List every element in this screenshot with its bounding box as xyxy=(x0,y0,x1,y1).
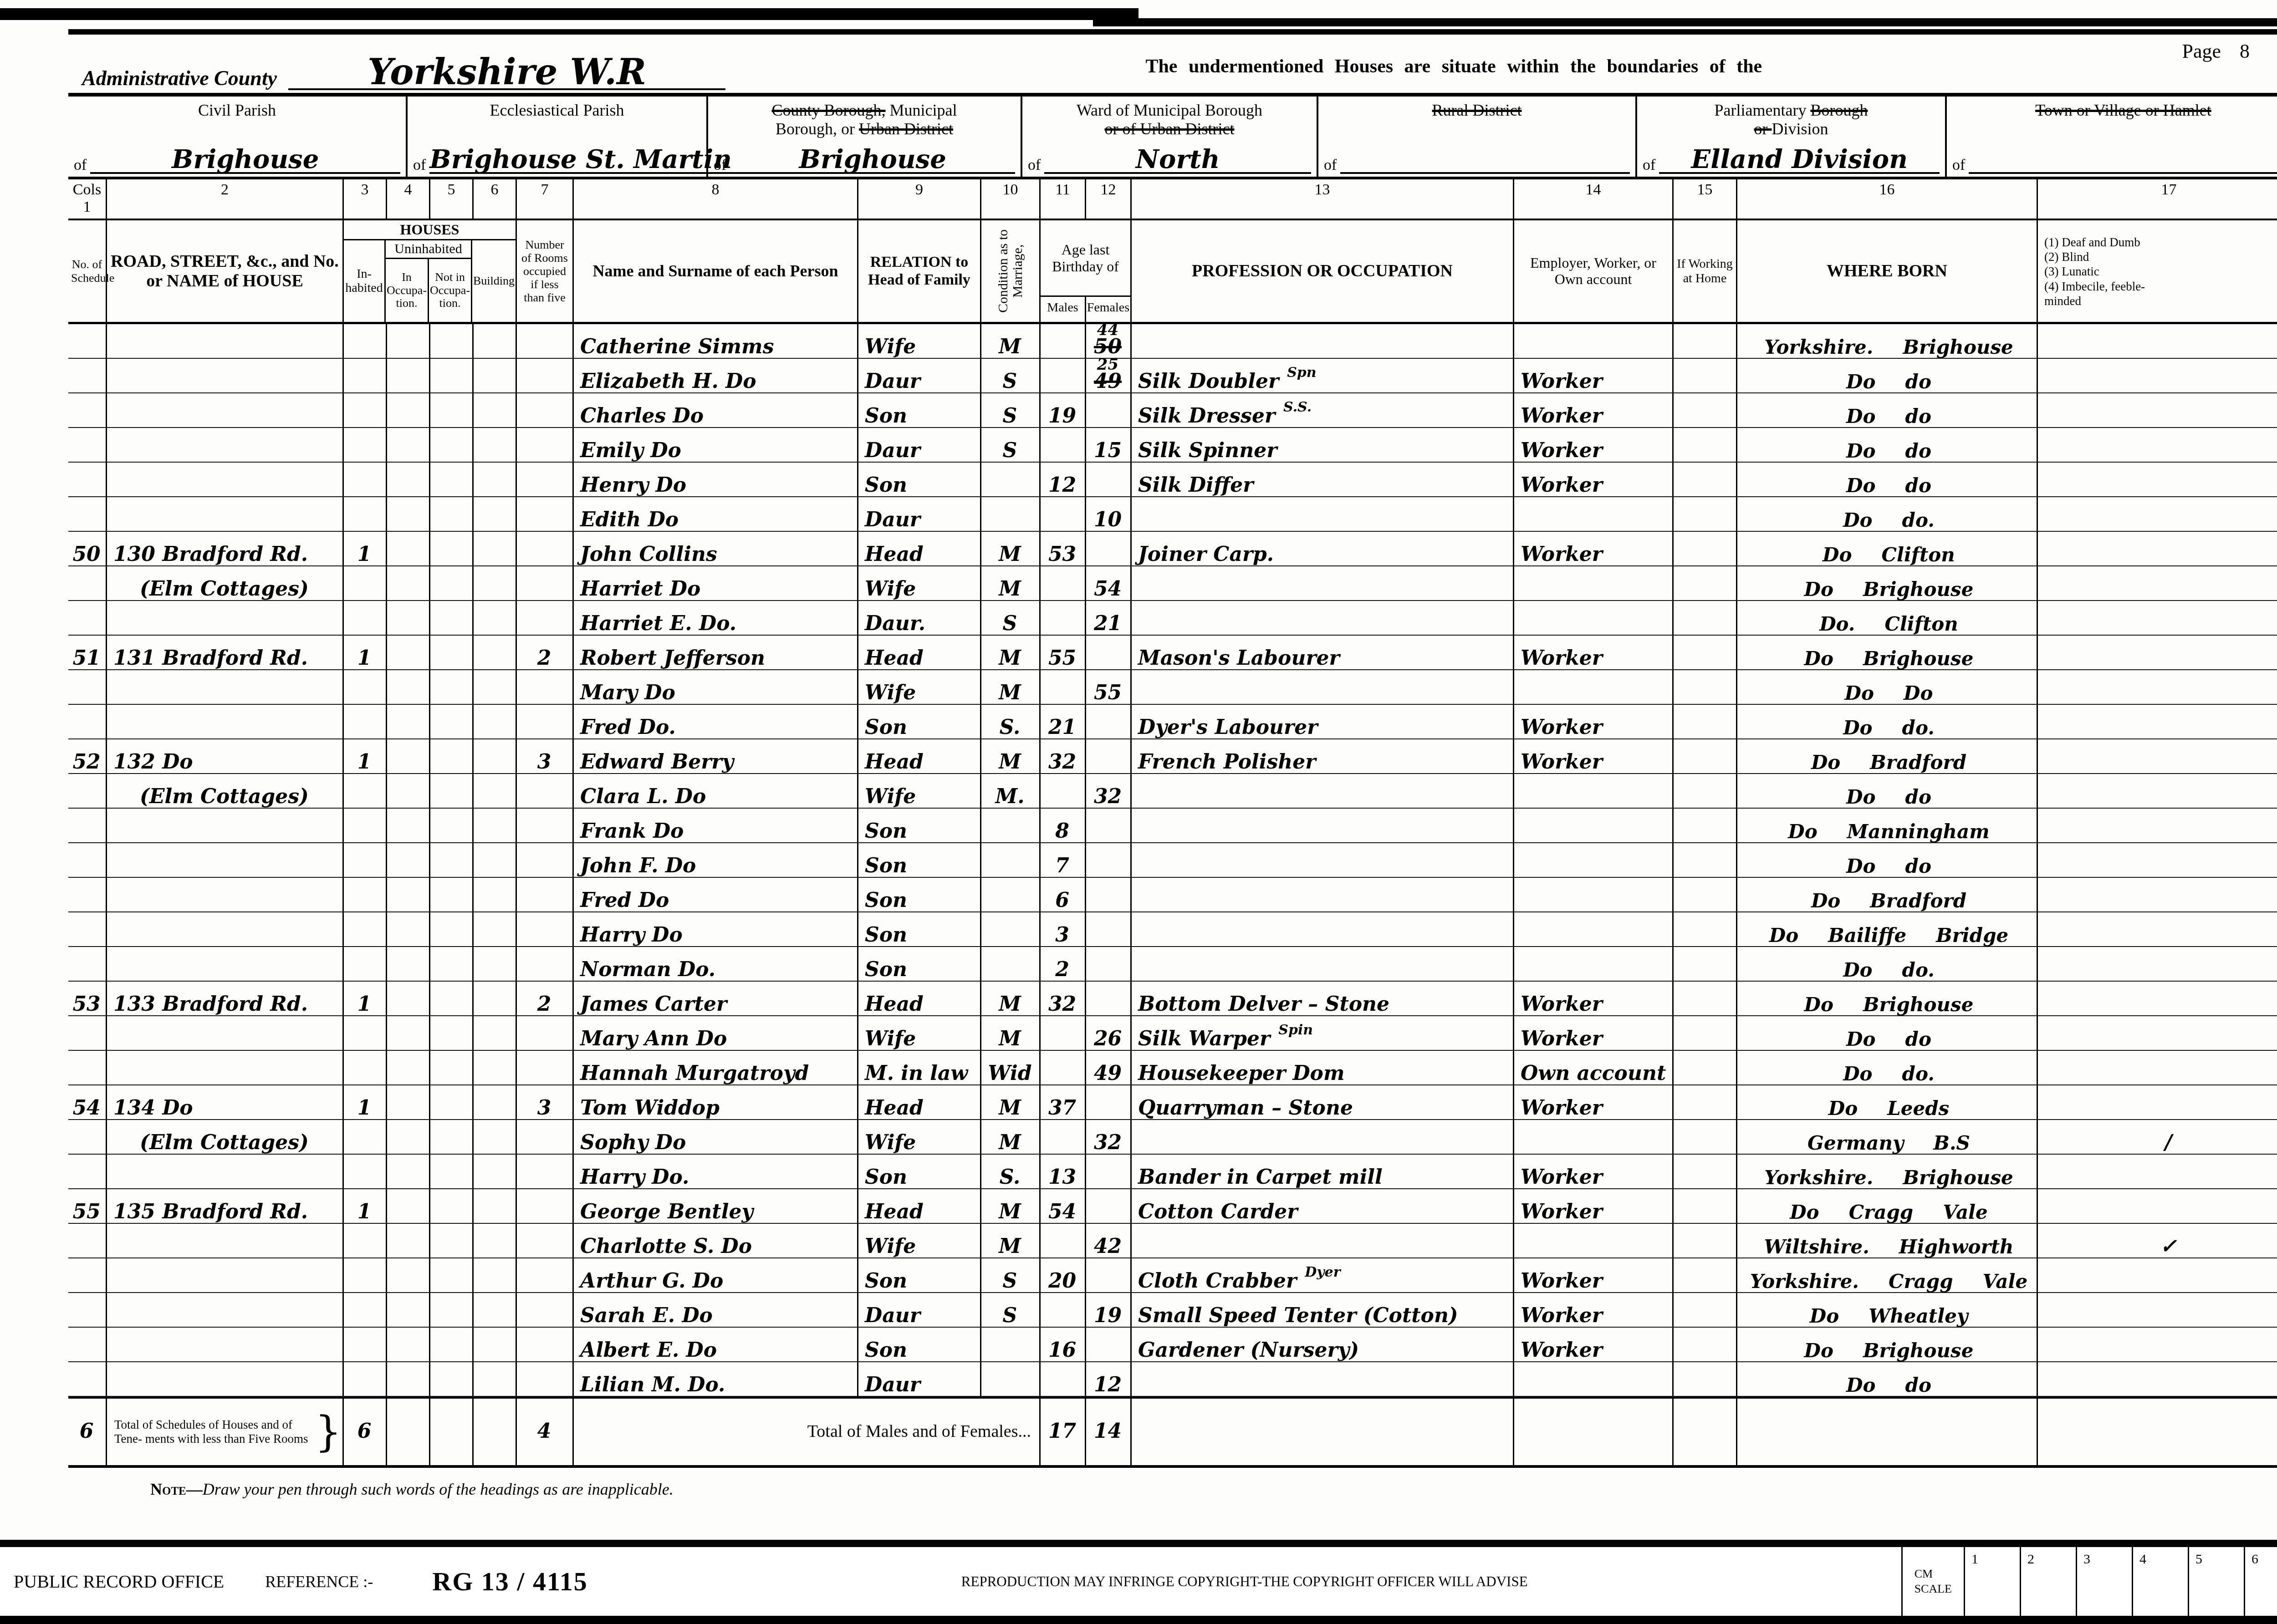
cell-building xyxy=(474,497,517,531)
cell-schedule xyxy=(68,1120,107,1154)
cell-where-born: Do do xyxy=(1737,1016,2038,1050)
cell-employer: Own account xyxy=(1514,1051,1674,1084)
cell-condition: M xyxy=(981,324,1041,358)
cell-uninhabited-not xyxy=(430,1293,474,1327)
cell-uninhabited-occupied xyxy=(387,1085,430,1119)
cell-age-female xyxy=(1086,393,1132,427)
cell-working-at-home xyxy=(1674,463,1737,496)
header-uninhabited: Uninhabited xyxy=(386,240,471,259)
cell-working-at-home xyxy=(1674,809,1737,842)
cell-rooms xyxy=(517,1258,574,1292)
cell-relation: Son xyxy=(858,705,981,738)
cell-condition: M xyxy=(981,566,1041,600)
cell-occupation xyxy=(1132,1120,1514,1154)
cell-inhabited xyxy=(344,324,387,358)
cell-age-male xyxy=(1041,324,1086,358)
cell-where-born: Do Cragg Vale xyxy=(1737,1189,2038,1223)
cell-working-at-home xyxy=(1674,878,1737,911)
person-row: 54134 Do13Tom WiddopHeadM37Quarryman – S… xyxy=(68,1085,2277,1120)
cell-occupation: Quarryman – Stone xyxy=(1132,1085,1514,1119)
cell-building xyxy=(474,878,517,911)
cell-rooms xyxy=(517,843,574,877)
cell-inhabited xyxy=(344,1155,387,1188)
cell-relation: Wife xyxy=(858,324,981,358)
header-uninhabited-group: Uninhabited In Occupa-tion. Not in Occup… xyxy=(386,240,472,322)
district-box-label: Ecclesiastical Parish xyxy=(413,101,701,145)
total-males-value: 17 xyxy=(1041,1399,1086,1465)
header-building: Building. xyxy=(472,240,516,322)
cell-working-at-home xyxy=(1674,359,1737,392)
cell-infirmity xyxy=(2038,532,2277,565)
cell-name: Harriet E. Do. xyxy=(574,601,858,635)
cell-uninhabited-not xyxy=(430,359,474,392)
cell-uninhabited-occupied xyxy=(387,1016,430,1050)
cell-uninhabited-occupied xyxy=(387,774,430,808)
cell-road: (Elm Cottages) xyxy=(107,774,344,808)
cell-where-born: Do Manningham xyxy=(1737,809,2038,842)
cell-age-female xyxy=(1086,739,1132,773)
cell-inhabited: 1 xyxy=(344,1085,387,1119)
cell-employer: Worker xyxy=(1514,1085,1674,1119)
cell-working-at-home xyxy=(1674,774,1737,808)
total-empty-cell xyxy=(2038,1399,2277,1465)
reference-label: REFERENCE :- xyxy=(224,1572,373,1591)
person-row: 51131 Bradford Rd.12Robert JeffersonHead… xyxy=(68,636,2277,670)
cell-employer: Worker xyxy=(1514,1293,1674,1327)
cell-rooms xyxy=(517,705,574,738)
cell-infirmity xyxy=(2038,1189,2277,1223)
total-empty-cell xyxy=(1674,1399,1737,1465)
person-row: Elizabeth H. DoDaurS2549Silk DoublerSpnW… xyxy=(68,359,2277,393)
cell-where-born: Do do xyxy=(1737,393,2038,427)
total-empty-cell xyxy=(1737,1399,2038,1465)
cell-rooms xyxy=(517,774,574,808)
cell-uninhabited-not xyxy=(430,1016,474,1050)
cell-schedule xyxy=(68,670,107,704)
cell-age-female xyxy=(1086,1155,1132,1188)
cell-age-male: 2 xyxy=(1041,947,1086,981)
cell-condition xyxy=(981,809,1041,842)
cell-uninhabited-occupied xyxy=(387,1120,430,1154)
district-box-value: North xyxy=(1044,147,1311,174)
cell-employer: Worker xyxy=(1514,1189,1674,1223)
cell-age-female: 26 xyxy=(1086,1016,1132,1050)
cell-age-female xyxy=(1086,705,1132,738)
cell-working-at-home xyxy=(1674,532,1737,565)
cell-rooms: 3 xyxy=(517,739,574,773)
cell-road: 134 Do xyxy=(107,1085,344,1119)
header-schedule: No. of Schedule xyxy=(68,220,107,322)
cell-age-female xyxy=(1086,982,1132,1015)
cell-uninhabited-occupied xyxy=(387,1189,430,1223)
cell-age-male xyxy=(1041,1016,1086,1050)
cell-employer xyxy=(1514,1120,1674,1154)
cell-uninhabited-occupied xyxy=(387,428,430,462)
cell-building xyxy=(474,1120,517,1154)
cell-occupation: Dyer's Labourer xyxy=(1132,705,1514,738)
cell-schedule xyxy=(68,843,107,877)
cell-where-born: Do Brighouse xyxy=(1737,566,2038,600)
cell-employer xyxy=(1514,912,1674,946)
cell-infirmity xyxy=(2038,947,2277,981)
cell-uninhabited-not xyxy=(430,774,474,808)
cell-relation: Son xyxy=(858,878,981,911)
cell-occupation xyxy=(1132,497,1514,531)
cell-schedule xyxy=(68,1258,107,1292)
cell-occupation: Joiner Carp. xyxy=(1132,532,1514,565)
scale-mark: 3 xyxy=(2077,1547,2133,1616)
cell-where-born: Do do. xyxy=(1737,497,2038,531)
cell-occupation: Silk DoublerSpn xyxy=(1132,359,1514,392)
cell-uninhabited-not xyxy=(430,739,474,773)
person-row: (Elm Cottages)Clara L. DoWifeM.32Do do xyxy=(68,774,2277,809)
cell-inhabited xyxy=(344,670,387,704)
cell-condition: Wid xyxy=(981,1051,1041,1084)
cell-working-at-home xyxy=(1674,428,1737,462)
cell-rooms xyxy=(517,1189,574,1223)
cell-working-at-home xyxy=(1674,1328,1737,1361)
cell-schedule xyxy=(68,324,107,358)
cell-building xyxy=(474,1155,517,1188)
cell-inhabited xyxy=(344,1258,387,1292)
cell-schedule xyxy=(68,463,107,496)
colnum-13: 13 xyxy=(1132,179,1514,219)
cell-name: Frank Do xyxy=(574,809,858,842)
scale-mark: 5 xyxy=(2189,1547,2245,1616)
scan-artifact-bar xyxy=(0,8,1138,20)
cell-inhabited xyxy=(344,843,387,877)
admin-county-label: Administrative County xyxy=(82,66,277,90)
cell-employer: Worker xyxy=(1514,1016,1674,1050)
cell-uninhabited-not xyxy=(430,463,474,496)
scale-mark: 2 xyxy=(2021,1547,2077,1616)
cell-road xyxy=(107,497,344,531)
colnum-12: 12 xyxy=(1086,179,1132,219)
colnum-5: 5 xyxy=(430,179,474,219)
cell-condition: M xyxy=(981,1085,1041,1119)
cell-uninhabited-occupied xyxy=(387,878,430,911)
situate-text: The undermentioned Houses are situate wi… xyxy=(725,56,2182,90)
cell-building xyxy=(474,566,517,600)
cell-age-female xyxy=(1086,463,1132,496)
cell-name: Arthur G. Do xyxy=(574,1258,858,1292)
cell-building xyxy=(474,1224,517,1257)
cell-building xyxy=(474,359,517,392)
cell-uninhabited-occupied xyxy=(387,670,430,704)
cell-inhabited xyxy=(344,428,387,462)
footer-bar: PUBLIC RECORD OFFICE REFERENCE :- RG 13 … xyxy=(0,1540,2277,1624)
cell-uninhabited-not xyxy=(430,1120,474,1154)
cell-uninhabited-occupied xyxy=(387,463,430,496)
cell-age-male: 6 xyxy=(1041,878,1086,911)
cell-name: James Carter xyxy=(574,982,858,1015)
cell-infirmity: / xyxy=(2038,1120,2277,1154)
cell-road xyxy=(107,1293,344,1327)
cell-uninhabited-not xyxy=(430,532,474,565)
cell-schedule xyxy=(68,1051,107,1084)
person-row: (Elm Cottages)Harriet DoWifeM54Do Brigho… xyxy=(68,566,2277,601)
cell-occupation xyxy=(1132,670,1514,704)
cell-relation: Wife xyxy=(858,670,981,704)
cell-relation: Wife xyxy=(858,1016,981,1050)
cell-uninhabited-not xyxy=(430,428,474,462)
cell-building xyxy=(474,463,517,496)
cell-relation: Head xyxy=(858,1189,981,1223)
cell-rooms xyxy=(517,359,574,392)
cell-age-male: 3 xyxy=(1041,912,1086,946)
cell-where-born: Do Do xyxy=(1737,670,2038,704)
cell-road: (Elm Cottages) xyxy=(107,566,344,600)
person-row: Mary Ann DoWifeM26Silk WarperSpinWorkerD… xyxy=(68,1016,2277,1051)
cell-working-at-home xyxy=(1674,1155,1737,1188)
cell-inhabited xyxy=(344,809,387,842)
cell-occupation xyxy=(1132,878,1514,911)
cell-occupation: Cotton Carder xyxy=(1132,1189,1514,1223)
cell-schedule xyxy=(68,774,107,808)
cell-age-male: 37 xyxy=(1041,1085,1086,1119)
cell-road xyxy=(107,1328,344,1361)
cell-uninhabited-not xyxy=(430,497,474,531)
district-box-value: Brighouse xyxy=(90,147,400,174)
cell-building xyxy=(474,1328,517,1361)
cell-age-male xyxy=(1041,1362,1086,1396)
district-box-value xyxy=(1969,172,2277,174)
colnum-4: 4 xyxy=(387,179,430,219)
header-admin-row: Administrative County Yorkshire W.R The … xyxy=(68,29,2277,93)
cell-condition: S. xyxy=(981,1155,1041,1188)
cell-where-born: Do do xyxy=(1737,359,2038,392)
cell-condition xyxy=(981,912,1041,946)
cell-inhabited: 1 xyxy=(344,636,387,669)
cell-condition xyxy=(981,878,1041,911)
cell-working-at-home xyxy=(1674,324,1737,358)
cell-where-born: Do Bradford xyxy=(1737,878,2038,911)
cell-name: Elizabeth H. Do xyxy=(574,359,858,392)
cell-relation: Daur xyxy=(858,1362,981,1396)
cell-uninhabited-occupied xyxy=(387,497,430,531)
cell-working-at-home xyxy=(1674,912,1737,946)
cell-relation: Son xyxy=(858,843,981,877)
cell-employer xyxy=(1514,843,1674,877)
total-empty-cell xyxy=(1514,1399,1674,1465)
cell-infirmity xyxy=(2038,636,2277,669)
person-row: Edith DoDaur10Do do. xyxy=(68,497,2277,532)
cell-infirmity xyxy=(2038,463,2277,496)
cell-uninhabited-occupied xyxy=(387,982,430,1015)
cell-name: Mary Ann Do xyxy=(574,1016,858,1050)
cell-inhabited xyxy=(344,566,387,600)
colnum-9: 9 xyxy=(858,179,981,219)
cell-building xyxy=(474,601,517,635)
cell-uninhabited-not xyxy=(430,1224,474,1257)
cell-relation: Head xyxy=(858,739,981,773)
cell-working-at-home xyxy=(1674,947,1737,981)
cell-name: Charlotte S. Do xyxy=(574,1224,858,1257)
header-relation: RELATION to Head of Family xyxy=(858,220,981,322)
cell-age-female: 32 xyxy=(1086,1120,1132,1154)
cell-rooms xyxy=(517,601,574,635)
cell-relation: Wife xyxy=(858,1120,981,1154)
cell-building xyxy=(474,1085,517,1119)
district-box-rural-district: Rural Districtof xyxy=(1318,97,1637,177)
cell-inhabited xyxy=(344,774,387,808)
cell-name: Robert Jefferson xyxy=(574,636,858,669)
cell-inhabited xyxy=(344,705,387,738)
district-box-parliamentary-division: Parliamentary Boroughor DivisionofElland… xyxy=(1637,97,1947,177)
cell-age-female xyxy=(1086,843,1132,877)
cell-employer xyxy=(1514,324,1674,358)
cell-relation: Daur xyxy=(858,428,981,462)
cell-working-at-home xyxy=(1674,1258,1737,1292)
person-row: (Elm Cottages)Sophy DoWifeM32Germany B.S… xyxy=(68,1120,2277,1155)
district-box-label: Town or Village or Hamlet xyxy=(1952,101,2277,145)
cell-relation: Daur xyxy=(858,497,981,531)
header-working-at-home: If Working at Home xyxy=(1674,220,1737,322)
cell-road xyxy=(107,601,344,635)
cell-building xyxy=(474,739,517,773)
cell-where-born: Wiltshire. Highworth xyxy=(1737,1224,2038,1257)
cell-age-female: 4450 xyxy=(1086,324,1132,358)
scale-mark: 4 xyxy=(2133,1547,2189,1616)
cell-schedule: 55 xyxy=(68,1189,107,1223)
district-box-ecclesiastical-parish: Ecclesiastical ParishofBrighouse St. Mar… xyxy=(408,97,708,177)
cell-rooms xyxy=(517,878,574,911)
cell-age-female xyxy=(1086,912,1132,946)
cell-infirmity xyxy=(2038,393,2277,427)
cell-inhabited: 1 xyxy=(344,982,387,1015)
cell-uninhabited-not xyxy=(430,947,474,981)
cell-uninhabited-occupied xyxy=(387,1224,430,1257)
cell-inhabited xyxy=(344,601,387,635)
cell-age-female xyxy=(1086,947,1132,981)
cell-employer: Worker xyxy=(1514,1328,1674,1361)
cell-uninhabited-occupied xyxy=(387,601,430,635)
cell-infirmity xyxy=(2038,739,2277,773)
person-row: Sarah E. DoDaurS19Small Speed Tenter (Co… xyxy=(68,1293,2277,1328)
person-row: Henry DoSon12Silk DifferWorkerDo do xyxy=(68,463,2277,497)
total-empty-cell xyxy=(1132,1399,1514,1465)
cell-where-born: Do do xyxy=(1737,1362,2038,1396)
header-age-group: Age last Birthday of Males Females xyxy=(1041,220,1132,322)
cell-where-born: Do Brighouse xyxy=(1737,636,2038,669)
cell-building xyxy=(474,912,517,946)
cell-rooms xyxy=(517,1120,574,1154)
cell-road xyxy=(107,324,344,358)
cell-occupation xyxy=(1132,566,1514,600)
admin-county-value: Yorkshire W.R xyxy=(288,56,725,90)
cell-occupation: Mason's Labourer xyxy=(1132,636,1514,669)
cell-name: Edith Do xyxy=(574,497,858,531)
cell-where-born: Yorkshire. Brighouse xyxy=(1737,324,2038,358)
cell-occupation xyxy=(1132,809,1514,842)
cell-age-male: 16 xyxy=(1041,1328,1086,1361)
total-schedules-value: 6 xyxy=(68,1399,107,1465)
cell-condition: M xyxy=(981,739,1041,773)
cell-age-female: 19 xyxy=(1086,1293,1132,1327)
cell-employer xyxy=(1514,774,1674,808)
cell-rooms: 2 xyxy=(517,636,574,669)
cell-name: Hannah Murgatroyd xyxy=(574,1051,858,1084)
cell-where-born: Do do. xyxy=(1737,947,2038,981)
cell-occupation: Cloth CrabberDyer xyxy=(1132,1258,1514,1292)
cell-schedule xyxy=(68,497,107,531)
cell-uninhabited-not xyxy=(430,566,474,600)
header-females: Females xyxy=(1086,297,1130,322)
cell-age-male: 54 xyxy=(1041,1189,1086,1223)
cell-age-female: 21 xyxy=(1086,601,1132,635)
cell-age-male xyxy=(1041,601,1086,635)
cell-age-female xyxy=(1086,636,1132,669)
cell-working-at-home xyxy=(1674,566,1737,600)
cell-working-at-home xyxy=(1674,1051,1737,1084)
cell-age-male xyxy=(1041,670,1086,704)
cell-working-at-home xyxy=(1674,601,1737,635)
cell-relation: Daur. xyxy=(858,601,981,635)
cell-uninhabited-occupied xyxy=(387,1362,430,1396)
cell-building xyxy=(474,670,517,704)
cell-condition xyxy=(981,1362,1041,1396)
total-inhabited-value: 6 xyxy=(344,1399,387,1465)
cell-infirmity xyxy=(2038,912,2277,946)
cell-age-male xyxy=(1041,1293,1086,1327)
cell-relation: Wife xyxy=(858,566,981,600)
cell-road: 131 Bradford Rd. xyxy=(107,636,344,669)
cell-employer xyxy=(1514,670,1674,704)
cell-schedule xyxy=(68,1328,107,1361)
cell-infirmity xyxy=(2038,1328,2277,1361)
cell-road: 133 Bradford Rd. xyxy=(107,982,344,1015)
header-inhabited: In-habited xyxy=(344,240,386,322)
cell-uninhabited-not xyxy=(430,636,474,669)
cell-uninhabited-occupied xyxy=(387,1051,430,1084)
cell-infirmity xyxy=(2038,1085,2277,1119)
cell-infirmity xyxy=(2038,982,2277,1015)
cell-age-male: 55 xyxy=(1041,636,1086,669)
cell-where-born: Do do. xyxy=(1737,705,2038,738)
cell-rooms xyxy=(517,497,574,531)
colnum-14: 14 xyxy=(1514,179,1674,219)
cell-inhabited xyxy=(344,393,387,427)
district-box-label: County Borough, MunicipalBorough, or Urb… xyxy=(714,101,1015,145)
reference-number: RG 13 / 4115 xyxy=(373,1566,587,1597)
cell-schedule xyxy=(68,1016,107,1050)
cell-infirmity xyxy=(2038,1155,2277,1188)
cell-infirmity: ✓ xyxy=(2038,1224,2277,1257)
cell-uninhabited-occupied xyxy=(387,1155,430,1188)
cell-where-born: Do Brighouse xyxy=(1737,982,2038,1015)
cell-working-at-home xyxy=(1674,739,1737,773)
cell-relation: Daur xyxy=(858,359,981,392)
person-row: Frank DoSon8Do Manningham xyxy=(68,809,2277,843)
cell-relation: Head xyxy=(858,982,981,1015)
cell-working-at-home xyxy=(1674,497,1737,531)
cell-where-born: Do Bradford xyxy=(1737,739,2038,773)
cell-rooms xyxy=(517,809,574,842)
cell-occupation: Bander in Carpet mill xyxy=(1132,1155,1514,1188)
cell-road xyxy=(107,1224,344,1257)
cell-employer xyxy=(1514,1224,1674,1257)
cell-name: Fred Do. xyxy=(574,705,858,738)
cell-age-male: 13 xyxy=(1041,1155,1086,1188)
cell-schedule xyxy=(68,1362,107,1396)
cell-age-male: 8 xyxy=(1041,809,1086,842)
cell-schedule xyxy=(68,947,107,981)
cell-road xyxy=(107,1051,344,1084)
cell-inhabited xyxy=(344,947,387,981)
colnum-2: 2 xyxy=(107,179,344,219)
cell-relation: Son xyxy=(858,947,981,981)
copyright-notice: REPRODUCTION MAY INFRINGE COPYRIGHT-THE … xyxy=(588,1573,1901,1590)
